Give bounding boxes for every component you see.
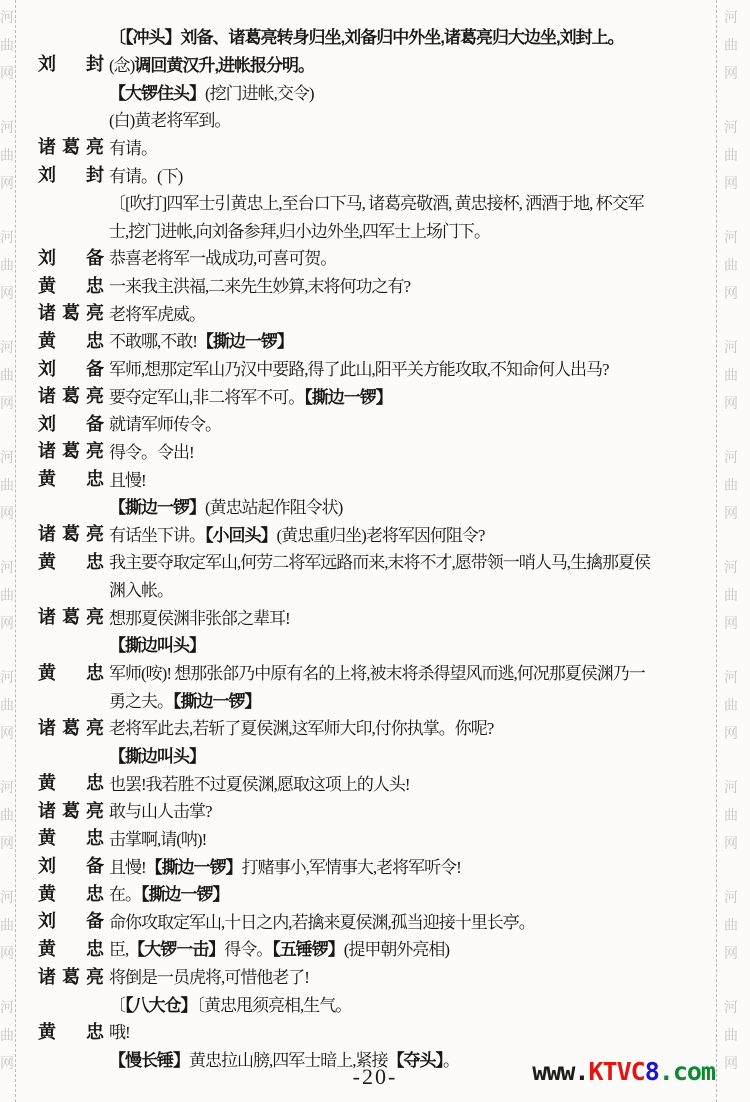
watermark-char: 河 [722, 443, 740, 471]
dialogue-text: 得令。令出! [109, 443, 194, 462]
watermark-char: 河 [0, 113, 16, 141]
watermark-char: 曲 [0, 31, 16, 59]
dialogue-text: 有请。(下) [109, 167, 182, 186]
speaker-name: 黄忠 [38, 327, 104, 353]
dialogue-text: 老将军此去,若斩了夏侯渊,这军师大印,付你执掌。你呢? [109, 719, 493, 738]
side-watermark-group: 河曲网 [722, 113, 740, 197]
speaker-char: 备 [86, 852, 104, 878]
dialogue-text: 命你攻取定军山,十日之内,若擒来夏侯渊,孤当迎接十里长亭。 [109, 913, 535, 932]
watermark-char: 河 [722, 993, 740, 1021]
watermark-char: 网 [0, 499, 16, 527]
right-margin-divider [716, 0, 717, 1102]
speaker-char: 诸 [38, 714, 56, 740]
watermark-char: 河 [722, 3, 740, 31]
speaker-char: 忠 [86, 327, 104, 353]
line-text: 老将军虎威。 [109, 300, 205, 325]
watermark-char: 网 [722, 719, 740, 747]
speaker-name: 黄忠 [38, 880, 104, 906]
script-line: 刘封(念)调回黄汉升,进帐报分明。 [38, 50, 714, 78]
percussion-notation: 调回黄汉升,进帐报分明。 [134, 56, 314, 75]
watermark-char: 曲 [0, 471, 16, 499]
script-line: 刘封有请。(下) [38, 160, 714, 188]
speaker-char: 忠 [86, 769, 104, 795]
script-line: 黄忠军师(咹)! 想那张郃乃中原有名的上将,被末将杀得望风而逃,何况那夏侯渊乃一 [38, 658, 714, 686]
dialogue-text: 〔 [109, 996, 125, 1015]
speaker-char: 忠 [86, 935, 104, 961]
percussion-notation: 【撕边一锣】 [173, 692, 261, 711]
speaker-char: 封 [86, 161, 104, 187]
dialogue-text: 勇之夫。 [109, 692, 173, 711]
line-text: 士,挖门进帐,向刘备参拜,归小边外坐,四军士上场门下。 [109, 217, 490, 242]
line-text: 勇之夫。【撕边一锣】 [109, 687, 261, 712]
watermark-char: 河 [722, 333, 740, 361]
speaker-name: 黄忠 [38, 769, 104, 795]
dialogue-text: (提甲朝外亮相) [344, 940, 449, 959]
dialogue-text: 且慢! [109, 858, 146, 877]
watermark-char: 网 [722, 829, 740, 857]
script-line: 黄忠也罢!我若胜不过夏侯渊,愿取这项上的人头! [38, 768, 714, 796]
watermark-char: 河 [722, 773, 740, 801]
site-watermark-segment: www. [532, 1057, 588, 1086]
side-watermark-group: 河曲网 [722, 3, 740, 87]
speaker-name: 诸葛亮 [38, 299, 104, 325]
watermark-char: 曲 [722, 251, 740, 279]
script-line: 黄忠我主要夺取定军山,何劳二将军远路而来,末将不才,愿带领一哨人马,生擒那夏侯 [38, 547, 714, 575]
line-text: 击掌啊,请(呐)! [109, 825, 206, 850]
percussion-notation: 【八大仓】 [125, 996, 197, 1015]
speaker-char: 诸 [38, 133, 56, 159]
line-text: 就请军师传令。 [109, 410, 221, 435]
side-watermark-group: 河曲网 [0, 773, 16, 857]
speaker-char: 备 [86, 907, 104, 933]
watermark-char: 曲 [0, 1021, 16, 1049]
speaker-char: 亮 [86, 437, 104, 463]
watermark-char: 网 [722, 279, 740, 307]
speaker-char: 诸 [38, 382, 56, 408]
speaker-name: 诸葛亮 [38, 714, 104, 740]
dialogue-text: (黄忠站起作阻令状) [205, 498, 342, 517]
script-line: 诸葛亮将倒是一员虎将,可惜他老了! [38, 962, 714, 990]
watermark-char: 曲 [0, 361, 16, 389]
watermark-char: 河 [0, 993, 16, 1021]
speaker-name: 黄忠 [38, 824, 104, 850]
script-line: 刘备军师,想那定军山乃汉中要路,得了此山,阳平关方能攻取,不知命何人出马? [38, 354, 714, 382]
script-line: 黄忠且慢! [38, 464, 714, 492]
watermark-char: 网 [722, 389, 740, 417]
dialogue-text: 想那夏侯渊非张郃之辈耳! [109, 609, 290, 628]
dialogue-text: (白)黄老将军到。 [109, 111, 230, 130]
speaker-name: 刘备 [38, 410, 104, 436]
watermark-char: 曲 [722, 141, 740, 169]
line-text: 敢与山人击掌? [109, 797, 212, 822]
script-line: 黄忠臣,【大锣一击】得令。【五锤锣】(提甲朝外亮相) [38, 934, 714, 962]
line-text: 有请。 [109, 134, 157, 159]
script-line: 名【撕边叫头】 [38, 741, 714, 769]
speaker-char: 备 [86, 410, 104, 436]
speaker-char: 葛 [62, 714, 80, 740]
speaker-name: 黄忠 [38, 1018, 104, 1044]
scanned-script-page: 河曲网河曲网河曲网河曲网河曲网河曲网河曲网河曲网河曲网河曲网 名〔【冲头】刘备、… [0, 0, 750, 1102]
speaker-char: 葛 [62, 963, 80, 989]
speaker-char: 封 [86, 50, 104, 76]
percussion-notation: 【撕边叫头】 [109, 636, 205, 655]
line-text: 【撕边叫头】 [109, 742, 205, 767]
watermark-char: 河 [0, 333, 16, 361]
dialogue-text: 打赌事小,军情事大,老将军听令! [242, 858, 461, 877]
speaker-char: 黄 [38, 935, 56, 961]
dialogue-text: 我主要夺取定军山,何劳二将军远路而来,末将不才,愿带领一哨人马,生擒那夏侯 [109, 553, 650, 572]
speaker-char: 刘 [38, 355, 56, 381]
speaker-name: 黄忠 [38, 659, 104, 685]
speaker-char: 备 [86, 355, 104, 381]
speaker-char: 诸 [38, 437, 56, 463]
speaker-char: 黄 [38, 272, 56, 298]
dialogue-text: 将倒是一员虎将,可惜他老了! [109, 968, 309, 987]
right-watermark-column: 河曲网河曲网河曲网河曲网河曲网河曲网河曲网河曲网河曲网河曲网 [722, 3, 740, 1102]
side-watermark-group: 河曲网 [0, 3, 16, 87]
speaker-char: 葛 [62, 797, 80, 823]
percussion-notation: 【大锣一击】 [128, 940, 224, 959]
line-text: 不敢哪,不敢!【撕边一锣】 [109, 327, 293, 352]
script-line: 黄忠一来我主洪福,二来先生妙算,末将何功之有? [38, 271, 714, 299]
speaker-char: 备 [86, 244, 104, 270]
speaker-char: 葛 [62, 437, 80, 463]
percussion-notation: 【小回头】 [205, 526, 277, 545]
dialogue-text: 有请。 [109, 139, 157, 158]
line-text: 要夺定军山,非二将军不可。【撕边一锣】 [109, 383, 392, 408]
watermark-char: 曲 [0, 251, 16, 279]
speaker-char: 黄 [38, 548, 56, 574]
watermark-char: 网 [0, 719, 16, 747]
watermark-char: 网 [722, 609, 740, 637]
percussion-notation: 【大锣住头】 [109, 84, 205, 103]
side-watermark-group: 河曲网 [0, 883, 16, 967]
line-text: 恭喜老将军一战成功,可喜可贺。 [109, 244, 336, 269]
line-text: 将倒是一员虎将,可惜他老了! [109, 963, 309, 988]
line-text: 在。【撕边一锣】 [109, 880, 229, 905]
dialogue-text: 士,挖门进帐,向刘备参拜,归小边外坐,四军士上场门下。 [109, 222, 490, 241]
watermark-char: 河 [722, 553, 740, 581]
speaker-name: 刘封 [38, 50, 104, 76]
speaker-char: 亮 [86, 603, 104, 629]
dialogue-text: 渊入帐。 [109, 581, 173, 600]
script-line: 黄忠哦! [38, 1017, 714, 1045]
speaker-char: 亮 [86, 299, 104, 325]
side-watermark-group: 河曲网 [722, 333, 740, 417]
dialogue-text: (黄忠重归坐)老将军因何阻令? [277, 526, 485, 545]
percussion-notation: 【撕边一锣】 [304, 388, 392, 407]
line-text: 得令。令出! [109, 438, 194, 463]
watermark-char: 曲 [722, 1021, 740, 1049]
line-text: 哦! [109, 1018, 130, 1043]
left-watermark-column: 河曲网河曲网河曲网河曲网河曲网河曲网河曲网河曲网河曲网河曲网 [0, 3, 16, 1102]
side-watermark-group: 河曲网 [0, 443, 16, 527]
dialogue-text: 哦! [109, 1023, 130, 1042]
speaker-char: 亮 [86, 714, 104, 740]
watermark-char: 河 [722, 883, 740, 911]
line-text: 【大锣住头】(挖门进帐,交令) [109, 79, 314, 104]
watermark-char: 网 [0, 829, 16, 857]
speaker-char: 诸 [38, 520, 56, 546]
script-line: 名渊入帐。 [38, 575, 714, 603]
speaker-char: 忠 [86, 880, 104, 906]
script-line: 诸葛亮有请。 [38, 133, 714, 161]
script-line: 黄忠在。【撕边一锣】 [38, 879, 714, 907]
speaker-char: 忠 [86, 272, 104, 298]
speaker-char: 忠 [86, 659, 104, 685]
percussion-notation: 〔【冲头】刘备、诸葛亮转身归坐,刘备归中外坐,诸葛亮归大边坐,刘封上。 [109, 28, 624, 47]
speaker-char: 刘 [38, 161, 56, 187]
watermark-char: 网 [0, 59, 16, 87]
speaker-name: 诸葛亮 [38, 797, 104, 823]
line-text: 有话坐下讲。【小回头】(黄忠重归坐)老将军因何阻令? [109, 521, 484, 546]
dialogue-text: 就请军师传令。 [109, 415, 221, 434]
watermark-char: 曲 [0, 691, 16, 719]
line-text: 我主要夺取定军山,何劳二将军远路而来,末将不才,愿带领一哨人马,生擒那夏侯 [109, 548, 650, 573]
script-line: 名〔【八大仓】〔黄忠甩须亮相,生气。 [38, 989, 714, 1017]
watermark-char: 河 [0, 663, 16, 691]
dialogue-text: 军师(咹)! 想那张郃乃中原有名的上将,被末将杀得望风而逃,何况那夏侯渊乃一 [109, 664, 645, 683]
script-line: 名〔[吹打]四军士引黄忠上,至台口下马, 诸葛亮敬酒, 黄忠接杯, 洒酒于地, … [38, 188, 714, 216]
site-watermark-segment: 8 [645, 1057, 659, 1086]
script-line: 诸葛亮有话坐下讲。【小回头】(黄忠重归坐)老将军因何阻令? [38, 520, 714, 548]
side-watermark-group: 河曲网 [0, 223, 16, 307]
speaker-char: 黄 [38, 659, 56, 685]
speaker-name: 诸葛亮 [38, 603, 104, 629]
line-text: 命你攻取定军山,十日之内,若擒来夏侯渊,孤当迎接十里长亭。 [109, 908, 535, 933]
speaker-char: 黄 [38, 824, 56, 850]
speaker-char: 诸 [38, 797, 56, 823]
script-line: 诸葛亮要夺定军山,非二将军不可。【撕边一锣】 [38, 381, 714, 409]
line-text: 【撕边叫头】 [109, 631, 205, 656]
speaker-char: 亮 [86, 133, 104, 159]
speaker-name: 刘备 [38, 907, 104, 933]
speaker-name: 刘封 [38, 161, 104, 187]
speaker-char: 诸 [38, 299, 56, 325]
script-line: 刘备命你攻取定军山,十日之内,若擒来夏侯渊,孤当迎接十里长亭。 [38, 907, 714, 935]
watermark-char: 曲 [722, 691, 740, 719]
watermark-char: 网 [0, 389, 16, 417]
speaker-char: 葛 [62, 382, 80, 408]
script-line: 名勇之夫。【撕边一锣】 [38, 685, 714, 713]
left-margin-divider [15, 0, 16, 1102]
dialogue-text: 也罢!我若胜不过夏侯渊,愿取这项上的人头! [109, 775, 410, 794]
speaker-name: 刘备 [38, 355, 104, 381]
line-text: 渊入帐。 [109, 576, 173, 601]
line-text: 一来我主洪福,二来先生妙算,末将何功之有? [109, 272, 410, 297]
dialogue-text: 〔黄忠甩须亮相,生气。 [197, 996, 352, 1015]
speaker-char: 忠 [86, 465, 104, 491]
watermark-char: 河 [0, 443, 16, 471]
speaker-name: 诸葛亮 [38, 963, 104, 989]
dialogue-text: 臣, [109, 940, 128, 959]
speaker-char: 忠 [86, 824, 104, 850]
side-watermark-group: 河曲网 [0, 553, 16, 637]
side-watermark-group: 河曲网 [722, 223, 740, 307]
line-text: 也罢!我若胜不过夏侯渊,愿取这项上的人头! [109, 770, 410, 795]
dialogue-text: (念) [109, 56, 134, 75]
script-line: 诸葛亮得令。令出! [38, 437, 714, 465]
watermark-char: 曲 [722, 911, 740, 939]
watermark-char: 河 [0, 223, 16, 251]
watermark-char: 河 [722, 223, 740, 251]
speaker-char: 忠 [86, 1018, 104, 1044]
script-line: 黄忠击掌啊,请(呐)! [38, 824, 714, 852]
dialogue-text: 且慢! [109, 471, 146, 490]
watermark-char: 河 [722, 113, 740, 141]
line-text: 老将军此去,若斩了夏侯渊,这军师大印,付你执掌。你呢? [109, 714, 493, 739]
speaker-char: 黄 [38, 880, 56, 906]
speaker-char: 黄 [38, 1018, 56, 1044]
speaker-char: 黄 [38, 327, 56, 353]
percussion-notation: 【五锤锣】 [272, 940, 344, 959]
dialogue-text: 击掌啊,请(呐)! [109, 830, 206, 849]
dialogue-text: 在。 [109, 885, 141, 904]
line-text: 臣,【大锣一击】得令。【五锤锣】(提甲朝外亮相) [109, 935, 449, 960]
percussion-notation: 【撕边一锣】 [197, 332, 293, 351]
watermark-char: 曲 [0, 801, 16, 829]
speaker-name: 诸葛亮 [38, 520, 104, 546]
speaker-char: 刘 [38, 50, 56, 76]
speaker-name: 刘备 [38, 852, 104, 878]
speaker-char: 葛 [62, 603, 80, 629]
side-watermark-group: 河曲网 [722, 773, 740, 857]
script-line: 刘备就请军师传令。 [38, 409, 714, 437]
side-watermark-group: 河曲网 [722, 443, 740, 527]
speaker-name: 黄忠 [38, 935, 104, 961]
speaker-char: 忠 [86, 548, 104, 574]
speaker-char: 黄 [38, 465, 56, 491]
line-text: 〔【八大仓】〔黄忠甩须亮相,生气。 [109, 991, 351, 1016]
script-line: 名〔【冲头】刘备、诸葛亮转身归坐,刘备归中外坐,诸葛亮归大边坐,刘封上。 [38, 22, 714, 50]
script-line: 名士,挖门进帐,向刘备参拜,归小边外坐,四军士上场门下。 [38, 215, 714, 243]
dialogue-text: 一来我主洪福,二来先生妙算,末将何功之有? [109, 277, 410, 296]
line-text: 【撕边一锣】(黄忠站起作阻令状) [109, 493, 342, 518]
watermark-char: 曲 [0, 911, 16, 939]
script-line: 名(白)黄老将军到。 [38, 105, 714, 133]
speaker-name: 诸葛亮 [38, 437, 104, 463]
site-watermark: www.KTVC8.com [532, 1057, 715, 1086]
speaker-name: 刘备 [38, 244, 104, 270]
watermark-char: 网 [0, 279, 16, 307]
script-line: 刘备恭喜老将军一战成功,可喜可贺。 [38, 243, 714, 271]
watermark-char: 网 [722, 499, 740, 527]
speaker-name: 诸葛亮 [38, 382, 104, 408]
dialogue-text: 恭喜老将军一战成功,可喜可贺。 [109, 249, 336, 268]
line-text: 军师(咹)! 想那张郃乃中原有名的上将,被末将杀得望风而逃,何况那夏侯渊乃一 [109, 659, 645, 684]
watermark-char: 曲 [722, 31, 740, 59]
watermark-char: 河 [0, 773, 16, 801]
speaker-char: 诸 [38, 963, 56, 989]
speaker-char: 刘 [38, 244, 56, 270]
speaker-char: 亮 [86, 520, 104, 546]
watermark-char: 曲 [0, 141, 16, 169]
dialogue-text: (挖门进帐,交令) [205, 84, 314, 103]
watermark-char: 网 [722, 169, 740, 197]
speaker-char: 刘 [38, 907, 56, 933]
side-watermark-group: 河曲网 [722, 553, 740, 637]
percussion-notation: 【撕边一锣】 [146, 858, 242, 877]
script-line: 刘备且慢!【撕边一锣】打赌事小,军情事大,老将军听令! [38, 851, 714, 879]
speaker-name: 黄忠 [38, 272, 104, 298]
line-text: 想那夏侯渊非张郃之辈耳! [109, 604, 290, 629]
speaker-char: 刘 [38, 852, 56, 878]
script-content: 名〔【冲头】刘备、诸葛亮转身归坐,刘备归中外坐,诸葛亮归大边坐,刘封上。刘封(念… [38, 22, 714, 1072]
speaker-char: 葛 [62, 133, 80, 159]
watermark-char: 河 [722, 663, 740, 691]
side-watermark-group: 河曲网 [0, 333, 16, 417]
dialogue-text: 要夺定军山,非二将军不可。 [109, 388, 304, 407]
speaker-name: 诸葛亮 [38, 133, 104, 159]
side-watermark-group: 河曲网 [722, 663, 740, 747]
speaker-char: 葛 [62, 299, 80, 325]
site-watermark-segment: KTVC [589, 1057, 645, 1086]
script-line: 名【撕边一锣】(黄忠站起作阻令状) [38, 492, 714, 520]
watermark-char: 河 [0, 553, 16, 581]
dialogue-text: 军师,想那定军山乃汉中要路,得了此山,阳平关方能攻取,不知命何人出马? [109, 360, 609, 379]
speaker-char: 黄 [38, 769, 56, 795]
speaker-name: 黄忠 [38, 548, 104, 574]
watermark-char: 曲 [722, 471, 740, 499]
dialogue-text: 有话坐下讲。 [109, 526, 205, 545]
speaker-char: 葛 [62, 520, 80, 546]
percussion-notation: 【撕边一锣】 [109, 498, 205, 517]
site-watermark-segment: .com [659, 1057, 715, 1086]
watermark-char: 网 [0, 609, 16, 637]
script-line: 名【大锣住头】(挖门进帐,交令) [38, 77, 714, 105]
speaker-char: 诸 [38, 603, 56, 629]
watermark-char: 网 [0, 169, 16, 197]
script-line: 黄忠不敢哪,不敢!【撕边一锣】 [38, 326, 714, 354]
script-line: 名【撕边叫头】 [38, 630, 714, 658]
watermark-char: 曲 [722, 361, 740, 389]
side-watermark-group: 河曲网 [722, 883, 740, 967]
watermark-char: 网 [0, 939, 16, 967]
watermark-char: 曲 [722, 801, 740, 829]
line-text: 有请。(下) [109, 162, 182, 187]
dialogue-text: 敢与山人击掌? [109, 802, 212, 821]
watermark-char: 河 [0, 883, 16, 911]
percussion-notation: 【撕边一锣】 [141, 885, 229, 904]
line-text: 军师,想那定军山乃汉中要路,得了此山,阳平关方能攻取,不知命何人出马? [109, 355, 609, 380]
watermark-char: 网 [722, 939, 740, 967]
percussion-notation: 【撕边叫头】 [109, 747, 205, 766]
script-line: 诸葛亮想那夏侯渊非张郃之辈耳! [38, 602, 714, 630]
side-watermark-group: 河曲网 [0, 113, 16, 197]
speaker-char: 亮 [86, 797, 104, 823]
speaker-name: 黄忠 [38, 465, 104, 491]
watermark-char: 河 [0, 3, 16, 31]
script-line: 诸葛亮老将军此去,若斩了夏侯渊,这军师大印,付你执掌。你呢? [38, 713, 714, 741]
script-line: 诸葛亮老将军虎威。 [38, 298, 714, 326]
line-text: 〔[吹打]四军士引黄忠上,至台口下马, 诸葛亮敬酒, 黄忠接杯, 洒酒于地, 杯… [109, 189, 644, 214]
line-text: 〔【冲头】刘备、诸葛亮转身归坐,刘备归中外坐,诸葛亮归大边坐,刘封上。 [109, 23, 624, 48]
speaker-char: 亮 [86, 382, 104, 408]
watermark-char: 网 [722, 59, 740, 87]
watermark-char: 曲 [722, 581, 740, 609]
dialogue-text: 老将军虎威。 [109, 305, 205, 324]
watermark-char: 曲 [0, 581, 16, 609]
script-line: 诸葛亮敢与山人击掌? [38, 796, 714, 824]
line-text: 且慢!【撕边一锣】打赌事小,军情事大,老将军听令! [109, 853, 461, 878]
line-text: 且慢! [109, 466, 146, 491]
dialogue-text: 〔[吹打]四军士引黄忠上,至台口下马, 诸葛亮敬酒, 黄忠接杯, 洒酒于地, 杯… [109, 194, 644, 213]
dialogue-text: 得令。 [224, 940, 272, 959]
dialogue-text: 不敢哪,不敢! [109, 332, 197, 351]
line-text: (白)黄老将军到。 [109, 106, 230, 131]
speaker-char: 刘 [38, 410, 56, 436]
speaker-char: 亮 [86, 963, 104, 989]
